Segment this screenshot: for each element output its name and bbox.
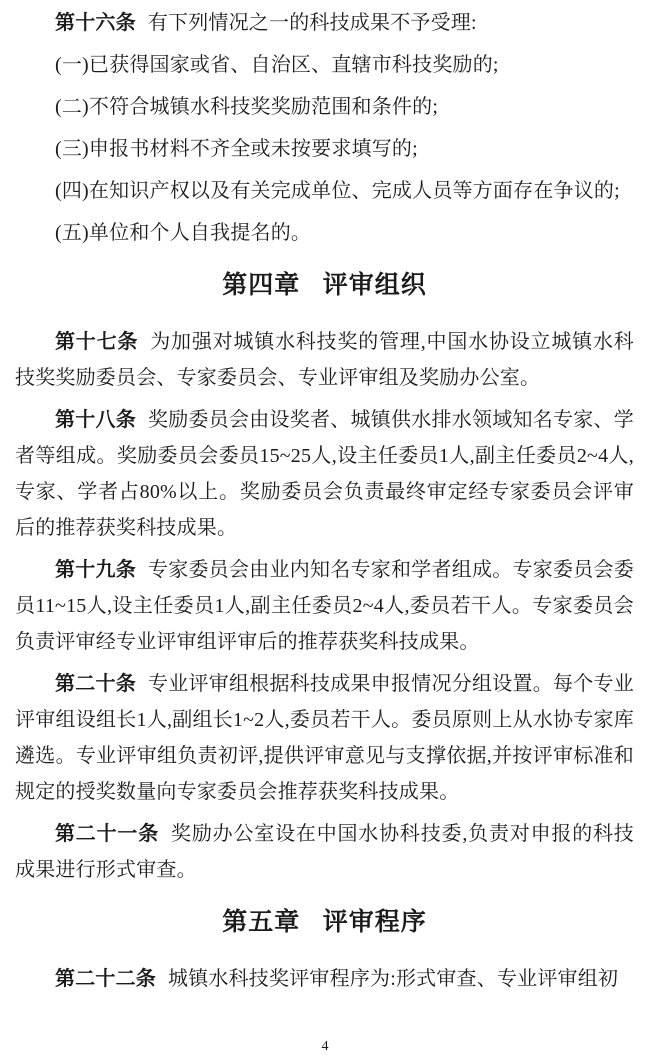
article-22-text: 城镇水科技奖评审程序为:形式审查、专业评审组初 [168, 968, 618, 990]
article-16-label: 第十六条 [55, 12, 136, 34]
page-footer: 4 [0, 1039, 650, 1055]
document-body: 第十六条有下列情况之一的科技成果不予受理: (一)已获得国家或省、自治区、直辖市… [0, 0, 650, 997]
chapter-5-number: 第五章 [222, 908, 300, 936]
article-18-label: 第十八条 [55, 409, 136, 431]
clause-item-5: (五)单位和个人自我提名的。 [15, 215, 634, 251]
article-22-label: 第二十二条 [55, 968, 156, 990]
page-number: 4 [322, 1039, 329, 1054]
article-19-label: 第十九条 [55, 559, 136, 581]
chapter-4-title: 评审组织 [323, 271, 427, 299]
article-16-text: 有下列情况之一的科技成果不予受理: [148, 12, 477, 34]
clause-item-2: (二)不符合城镇水科技奖奖励范围和条件的; [15, 89, 634, 125]
article-21-paragraph: 第二十一条奖励办公室设在中国水协科技委,负责对申报的科技成果进行形式审查。 [15, 816, 634, 888]
clause-item-4: (四)在知识产权以及有关完成单位、完成人员等方面存在争议的; [15, 173, 634, 209]
chapter-5-heading: 第五章评审程序 [15, 907, 634, 938]
article-16-paragraph: 第十六条有下列情况之一的科技成果不予受理: [15, 5, 634, 41]
chapter-4-number: 第四章 [222, 271, 300, 299]
chapter-4-heading: 第四章评审组织 [15, 270, 634, 301]
article-20-paragraph: 第二十条专业评审组根据科技成果申报情况分组设置。每个专业评审组设组长1人,副组长… [15, 666, 634, 810]
document-page: { "doc": { "blocks": [ { "kind": "articl… [0, 0, 650, 1059]
clause-item-3: (三)申报书材料不齐全或未按要求填写的; [15, 131, 634, 167]
article-17-label: 第十七条 [55, 331, 138, 353]
article-22-paragraph: 第二十二条城镇水科技奖评审程序为:形式审查、专业评审组初 [15, 961, 634, 997]
article-21-label: 第二十一条 [55, 823, 159, 845]
clause-item-1: (一)已获得国家或省、自治区、直辖市科技奖励的; [15, 47, 634, 83]
article-19-paragraph: 第十九条专家委员会由业内知名专家和学者组成。专家委员会委员11~15人,设主任委… [15, 552, 634, 660]
chapter-5-title: 评审程序 [323, 908, 427, 936]
article-20-label: 第二十条 [55, 673, 136, 695]
article-18-paragraph: 第十八条奖励委员会由设奖者、城镇供水排水领域知名专家、学者等组成。奖励委员会委员… [15, 402, 634, 546]
article-17-paragraph: 第十七条为加强对城镇水科技奖的管理,中国水协设立城镇水科技奖奖励委员会、专家委员… [15, 324, 634, 396]
